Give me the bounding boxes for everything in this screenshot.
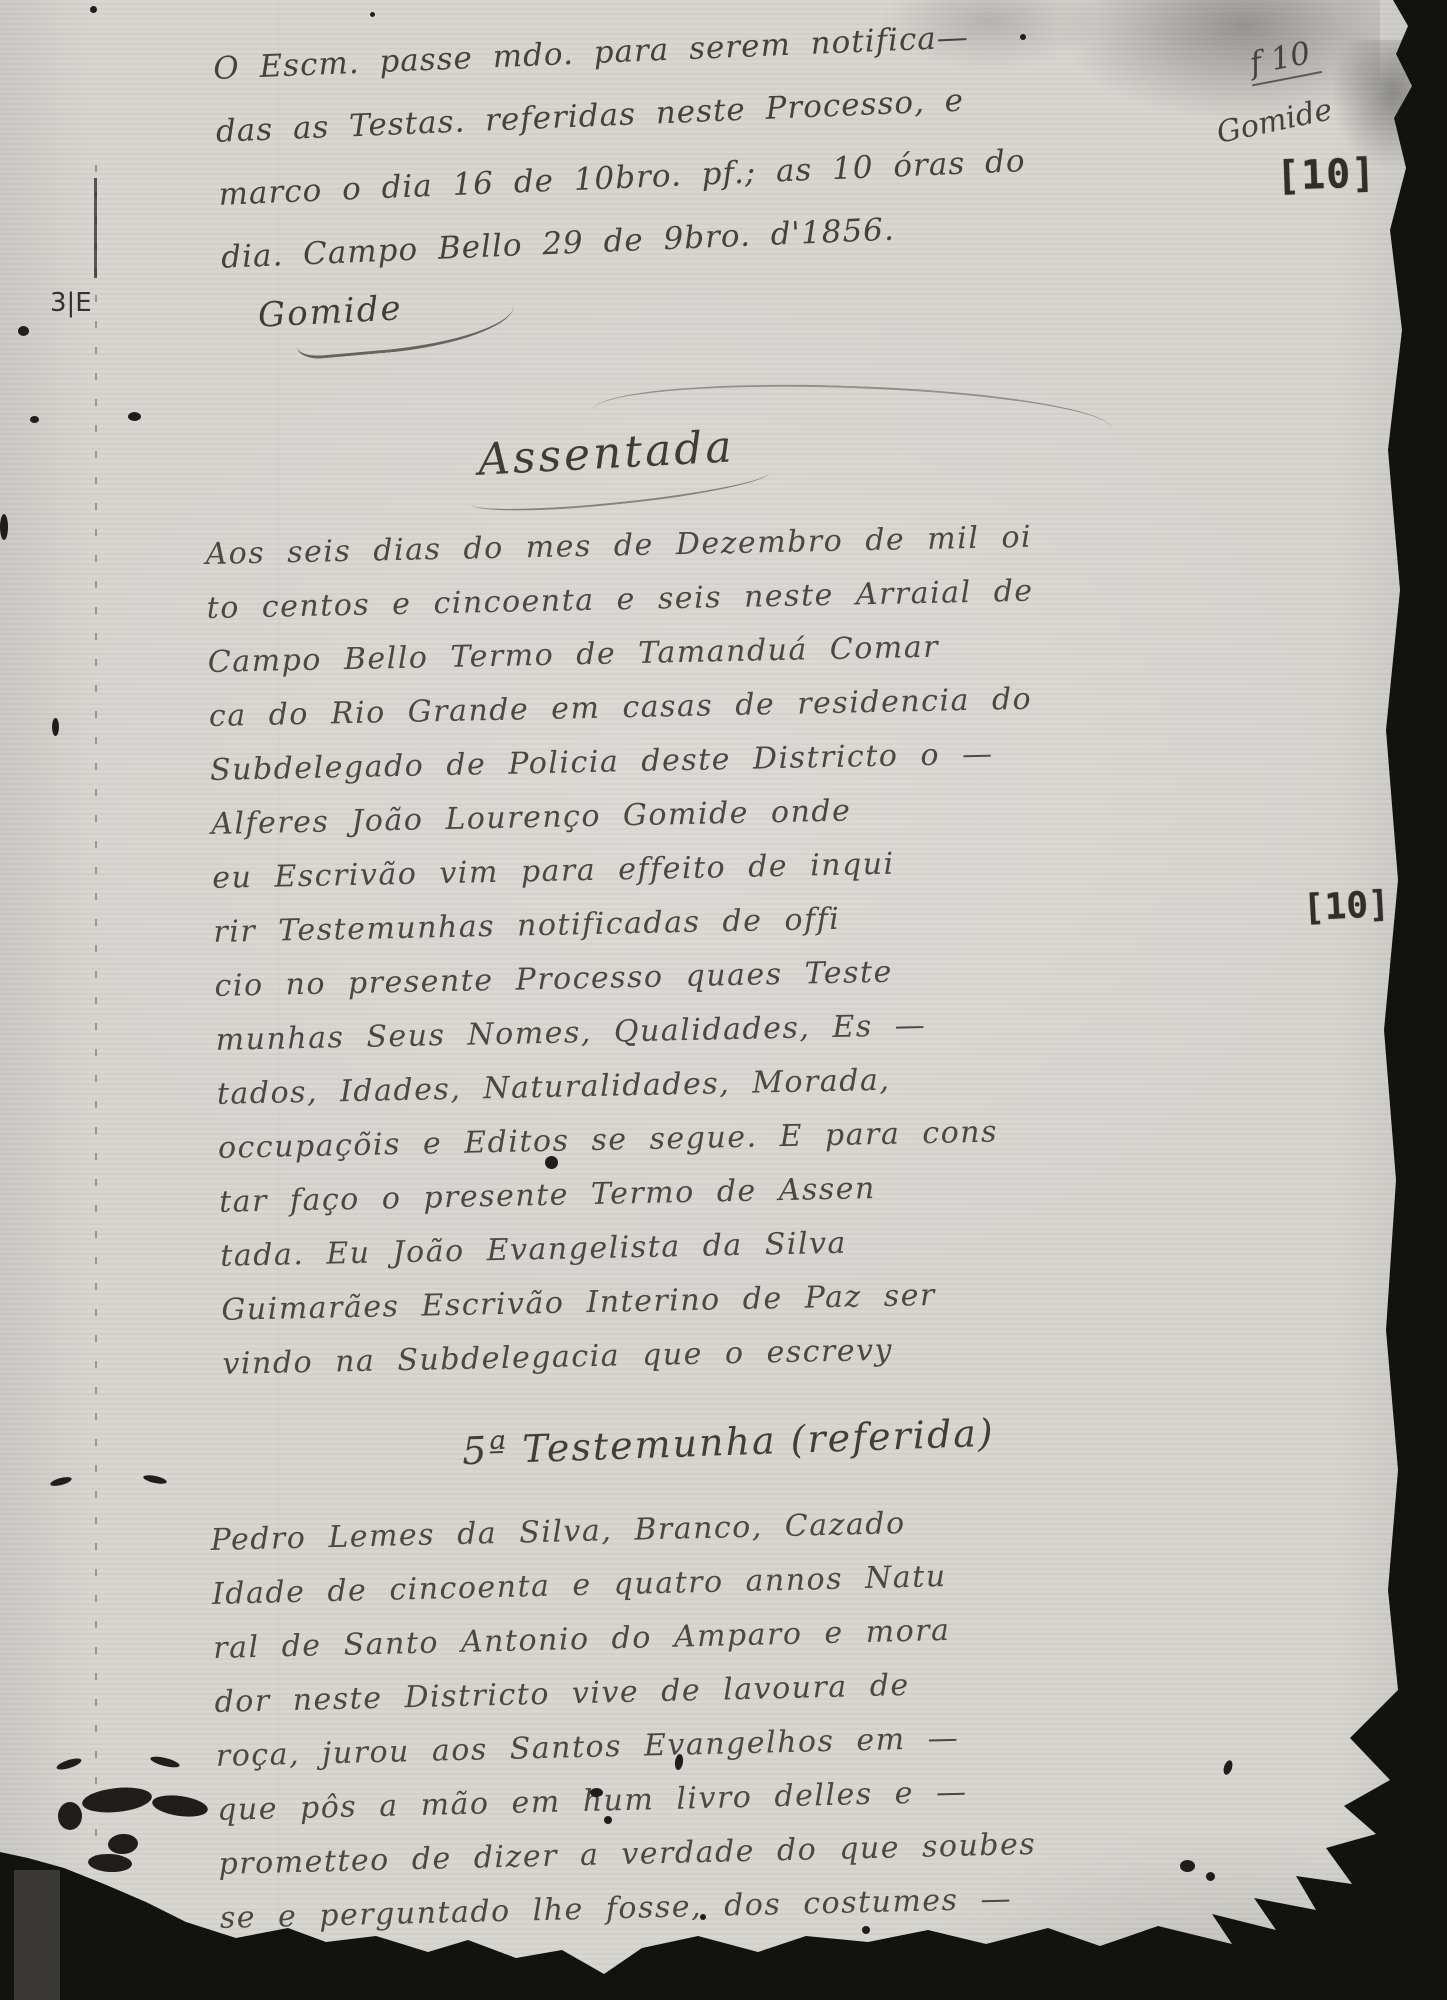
fold-line [95,165,97,1925]
ink-speck [545,1156,558,1169]
ink-speck [143,1474,168,1486]
folio-signature: Gomide [1214,92,1336,151]
ink-speck [128,412,141,421]
ink-speck [1206,1872,1215,1881]
ink-speck [30,416,39,423]
ink-speck [862,1926,870,1934]
ink-speck [18,326,29,336]
ink-blot [107,1833,138,1855]
ink-speck [1180,1860,1195,1872]
ink-speck [49,1475,72,1487]
ink-speck [90,6,97,13]
ink-speck [604,1816,612,1824]
manuscript-paper: O Escm. passe mdo. para serem notifica—d… [0,0,1447,2000]
folio-number: f 10 [1245,34,1322,87]
archival-stamp-top: [10] [1275,150,1377,199]
ink-speck [52,718,59,736]
scanned-page-canvas: O Escm. passe mdo. para serem notifica—d… [0,0,1447,2000]
ink-blot [151,1792,209,1820]
despacho-block: O Escm. passe mdo. para serem notifica—d… [212,4,1029,290]
assentada-text: Aos seis dias do mes de Dezembro de mil … [205,511,1050,1392]
fold-line-segment [94,178,97,278]
archival-stamp-middle: [10] [1302,884,1391,929]
ink-speck [1222,1759,1234,1776]
ink-blot [55,1756,82,1772]
margin-mark: 3|E [50,288,92,318]
ink-speck [370,12,375,17]
ink-blot [58,1802,82,1830]
ink-speck [590,1788,603,1797]
ink-speck [1300,1910,1311,1919]
ink-blot [149,1754,180,1769]
ink-speck [0,514,8,540]
witness-text: Pedro Lemes da Silva, Branco, CazadoIdad… [210,1494,1038,1946]
underlying-page-sliver [14,1870,60,2000]
ink-speck [700,1914,706,1920]
ink-speck [1020,34,1026,40]
ink-blot [81,1784,153,1815]
witness-heading: 5ª Testemunha (referida) [461,1411,995,1474]
